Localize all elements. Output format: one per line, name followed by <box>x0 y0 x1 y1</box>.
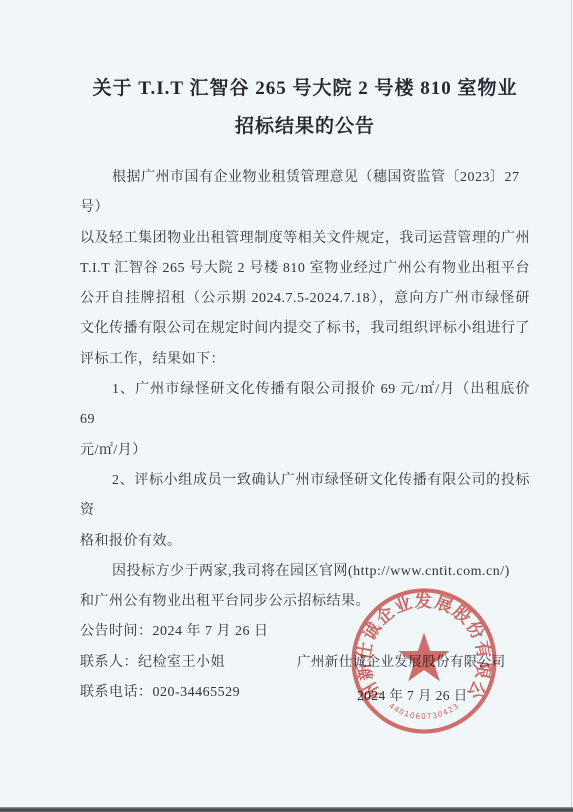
announcement-date-line: 公告时间：2024 年 7 月 26 日 <box>80 617 530 647</box>
scan-page-bottom-edge <box>0 807 573 812</box>
body-line: 格和报价有效。 <box>80 527 530 557</box>
body-line: 2、评标小组成员一致确认广州市绿怪研文化传播有限公司的投标资 <box>80 466 530 527</box>
body-line: T.I.T 汇智谷 265 号大院 2 号楼 810 室物业经过广州公有物业出租… <box>80 254 530 284</box>
body-line: 1、广州市绿怪研文化传播有限公司报价 69 元/㎡/月（出租底价 69 <box>80 375 530 436</box>
body-line: 因投标方少于两家,我司将在园区官网(http://www.cntit.com.c… <box>80 557 530 587</box>
body-line: 和广州公有物业出租平台同步公示招标结果。 <box>80 587 530 617</box>
body-line: 元/㎡/月） <box>80 436 530 466</box>
signature-date: 2024 年 7 月 26 日 <box>357 684 468 704</box>
title-line-1: 关于 T.I.T 汇智谷 265 号大院 2 号楼 810 室物业 <box>80 70 530 108</box>
scanned-announcement-page: 关于 T.I.T 汇智谷 265 号大院 2 号楼 810 室物业 招标结果的公… <box>0 0 573 812</box>
body-line: 公开自挂牌招租（公示期 2024.7.5-2024.7.18），意向方广州市绿怪… <box>80 284 530 314</box>
scan-page-right-edge <box>571 0 572 812</box>
document-body: 根据广州市国有企业物业租赁管理意见（穗国资监管〔2023〕27 号） 以及轻工集… <box>80 163 530 708</box>
signature-company-name: 广州新仕诚企业发展股份有限公司 <box>297 650 506 670</box>
body-line: 根据广州市国有企业物业租赁管理意见（穗国资监管〔2023〕27 号） <box>80 163 530 224</box>
body-line: 以及轻工集团物业出租管理制度等相关文件规定，我司运营管理的广州 <box>80 224 530 254</box>
body-line: 评标工作，结果如下： <box>80 345 530 375</box>
body-line: 文化传播有限公司在规定时间内提交了标书，我司组织评标小组进行了 <box>80 314 530 344</box>
document-title: 关于 T.I.T 汇智谷 265 号大院 2 号楼 810 室物业 招标结果的公… <box>80 70 530 146</box>
title-line-2: 招标结果的公告 <box>80 108 530 146</box>
